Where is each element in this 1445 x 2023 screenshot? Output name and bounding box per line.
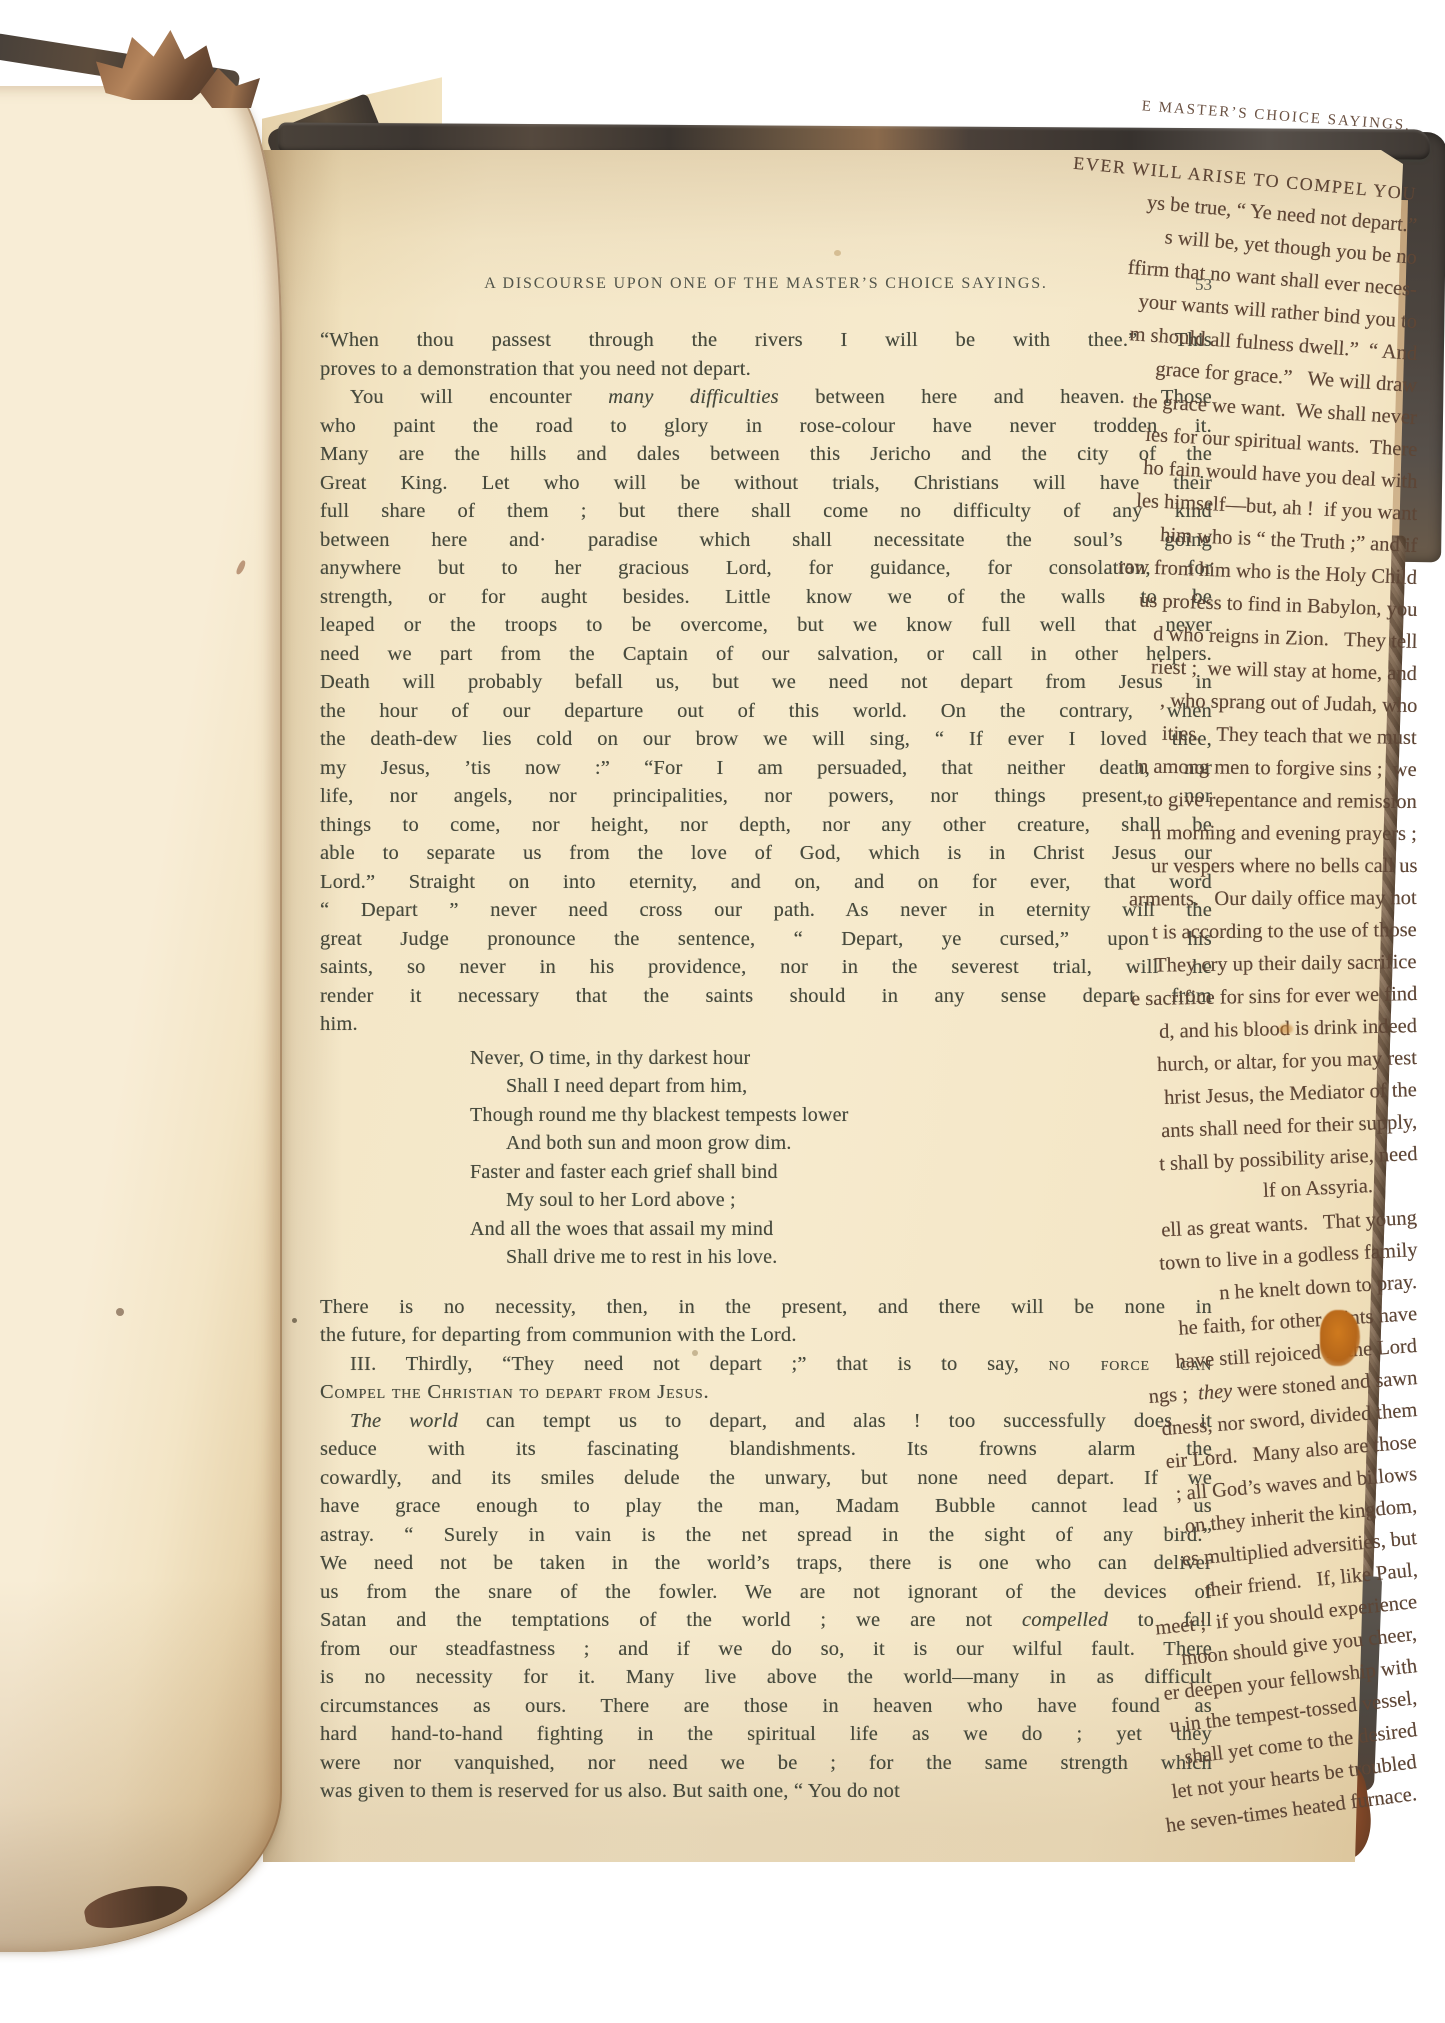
foxing-spot — [1279, 1024, 1293, 1034]
text-line: great Judge pronounce the sentence, “ De… — [320, 925, 1212, 954]
left-page — [0, 86, 282, 1952]
text-line: strength, or for aught besides. Little k… — [320, 583, 1212, 612]
text-line: anywhere but to her gracious Lord, for g… — [320, 554, 1212, 583]
foxing-spot — [692, 1350, 698, 1356]
right-page-text: A DISCOURSE UPON ONE OF THE MASTER’S CHO… — [320, 275, 1212, 1806]
text-line: Faster and faster each grief shall bind — [470, 1158, 849, 1187]
text-line: “ Depart ” never need cross our path. As… — [320, 896, 1212, 925]
text-line: who paint the road to glory in rose-colo… — [320, 412, 1212, 441]
text-line: my Jesus, ’tis now :” “For I am persuade… — [320, 754, 1212, 783]
text-line: proves to a demonstration that you need … — [320, 355, 1212, 384]
left-page-text: EVER WILL ARISE TO COMPEL YOUys be true,… — [1165, 178, 1417, 1810]
text-line: “When thou passest through the rivers I … — [320, 326, 1212, 355]
text-line: Compel the Christian to depart from Jesu… — [320, 1378, 1212, 1407]
text-line: saints, so never in his providence, nor … — [320, 953, 1212, 982]
text-line: us from the snare of the fowler. We are … — [320, 1578, 1212, 1607]
foxing-spot — [834, 250, 841, 256]
text-line: between here and· paradise which shall n… — [320, 526, 1212, 555]
text-line: need we part from the Captain of our sal… — [320, 640, 1212, 669]
text-line: n among men to forgive sins ; we — [1138, 751, 1417, 786]
text-line: We need not be taken in the world’s trap… — [320, 1549, 1212, 1578]
text-line: ities. They teach that we must — [1162, 718, 1417, 754]
text-line: You will encounter many difficulties bet… — [320, 383, 1212, 412]
text-line: from our steadfastness ; and if we do so… — [320, 1635, 1212, 1664]
text-line: hard hand-to-hand fighting in the spirit… — [320, 1720, 1212, 1749]
ink-speck — [116, 1308, 124, 1316]
text-line: , who sprang out of Judah, who — [1159, 685, 1417, 722]
text-line: Many are the hills and dales between thi… — [320, 440, 1212, 469]
body-paragraphs-bottom: There is no necessity, then, in the pres… — [320, 1293, 1212, 1806]
text-line: the death-dew lies cold on our brow we w… — [320, 725, 1212, 754]
text-line: cowardly, and its smiles delude the unwa… — [320, 1464, 1212, 1493]
text-line: n morning and evening prayers ; — [1151, 817, 1417, 850]
text-line: Shall drive me to rest in his love. — [470, 1243, 849, 1272]
text-line: There is no necessity, then, in the pres… — [320, 1293, 1212, 1322]
text-line: Shall I need depart from him, — [470, 1072, 849, 1101]
text-line: And all the woes that assail my mind — [470, 1215, 849, 1244]
text-line: seduce with its fascinating blandishment… — [320, 1435, 1212, 1464]
text-line: III. Thirdly, “They need not depart ;” t… — [320, 1350, 1212, 1379]
text-line: able to separate us from the love of God… — [320, 839, 1212, 868]
text-line: Never, O time, in thy darkest hour — [470, 1044, 849, 1073]
text-line: e sacrifice for sins for ever we find — [1130, 978, 1417, 1015]
text-line: Though round me thy blackest tempests lo… — [470, 1101, 849, 1130]
text-line: to give repentance and remission — [1147, 784, 1417, 818]
text-line: the hour of our departure out of this wo… — [320, 697, 1212, 726]
text-line: ur vespers where no bells call us — [1151, 850, 1417, 882]
text-line: Great King. Let who will be without tria… — [320, 469, 1212, 498]
text-line: Lord.” Straight on into eternity, and on… — [320, 868, 1212, 897]
running-head-title: A DISCOURSE UPON ONE OF THE MASTER’S CHO… — [484, 275, 1047, 292]
text-line: leaped or the troops to be overcome, but… — [320, 611, 1212, 640]
text-line: is no necessity for it. Many live above … — [320, 1663, 1212, 1692]
text-line: life, nor angels, nor principalities, no… — [320, 782, 1212, 811]
text-line: render it necessary that the saints shou… — [320, 982, 1212, 1011]
text-line: circumstances as ours. There are those i… — [320, 1692, 1212, 1721]
photo-background: A DISCOURSE UPON ONE OF THE MASTER’S CHO… — [0, 0, 1445, 2023]
text-line: full share of them ; but there shall com… — [320, 497, 1212, 526]
text-line: t is according to the use of those — [1152, 914, 1417, 949]
text-line: My soul to her Lord above ; — [470, 1186, 849, 1215]
text-line: The world can tempt us to depart, and al… — [320, 1407, 1212, 1436]
text-line: was given to them is reserved for us als… — [320, 1777, 1212, 1806]
text-line: lf on Assyria. — [1262, 1170, 1373, 1207]
text-line: Satan and the temptations of the world ;… — [320, 1606, 1212, 1635]
text-line: Death will probably befall us, but we ne… — [320, 668, 1212, 697]
poem: Never, O time, in thy darkest hourShall … — [470, 1044, 849, 1272]
text-line: . They cry up their daily sacrifice — [1134, 946, 1417, 982]
text-line: riest ; we will stay at home, and — [1151, 651, 1418, 690]
text-line: And both sun and moon grow dim. — [470, 1129, 849, 1158]
running-head: A DISCOURSE UPON ONE OF THE MASTER’S CHO… — [320, 275, 1212, 305]
body-paragraphs-top: “When thou passest through the rivers I … — [320, 326, 1212, 1039]
ink-speck — [292, 1318, 297, 1323]
text-line: things to come, nor height, nor depth, n… — [320, 811, 1212, 840]
text-line: astray. “ Surely in vain is the net spre… — [320, 1521, 1212, 1550]
text-line: the future, for departing from communion… — [320, 1321, 1212, 1350]
text-line: have grace enough to play the man, Madam… — [320, 1492, 1212, 1521]
text-line: him. — [320, 1010, 1212, 1039]
text-line: were nor vanquished, nor need we be ; fo… — [320, 1749, 1212, 1778]
text-line: arments. Our daily office may not — [1129, 882, 1417, 916]
